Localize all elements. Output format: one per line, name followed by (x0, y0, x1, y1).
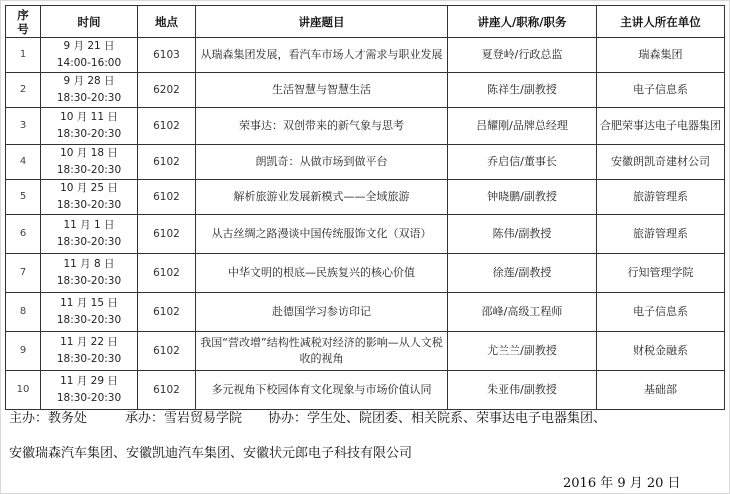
cell-time-range: 18:30-20:30 (43, 162, 135, 179)
cell-seq: 1 (6, 38, 41, 73)
cell-seq: 7 (6, 254, 41, 293)
cell-unit: 旅游管理系 (597, 215, 725, 254)
cell-date: 9 月 21 日 (43, 38, 135, 55)
table-row: 310 月 11 日18:30-20:306102荣事达：双创带来的新气象与思考… (6, 108, 725, 145)
cell-speaker: 吕耀刚/品牌总经理 (448, 108, 597, 145)
cell-time: 11 月 15 日18:30-20:30 (41, 293, 138, 332)
cell-time: 9 月 28 日18:30-20:30 (41, 73, 138, 108)
table-row: 1011 月 29 日18:30-20:306102多元视角下校园体育文化现象与… (6, 371, 725, 410)
cell-topic: 多元视角下校园体育文化现象与市场价值认同 (196, 371, 448, 410)
cell-speaker: 尤兰兰/副教授 (448, 332, 597, 371)
table-row: 19 月 21 日14:00-16:006103从瑞森集团发展，看汽车市场人才需… (6, 38, 725, 73)
cell-seq: 8 (6, 293, 41, 332)
cell-time: 11 月 22 日18:30-20:30 (41, 332, 138, 371)
cell-unit: 基础部 (597, 371, 725, 410)
cell-speaker: 朱亚伟/副教授 (448, 371, 597, 410)
cell-room: 6102 (138, 180, 196, 215)
cell-time-range: 14:00-16:00 (43, 55, 135, 72)
table-row: 510 月 25 日18:30-20:306102解析旅游业发展新模式——全域旅… (6, 180, 725, 215)
cell-topic: 我国“营改增”结构性减税对经济的影响—从人文税收的视角 (196, 332, 448, 371)
cell-unit: 旅游管理系 (597, 180, 725, 215)
cell-topic: 从瑞森集团发展，看汽车市场人才需求与职业发展 (196, 38, 448, 73)
cell-unit: 行知管理学院 (597, 254, 725, 293)
cell-date: 10 月 25 日 (43, 180, 135, 197)
cell-topic: 生活智慧与智慧生活 (196, 73, 448, 108)
cell-room: 6102 (138, 332, 196, 371)
cell-unit: 电子信息系 (597, 73, 725, 108)
cell-seq: 5 (6, 180, 41, 215)
table-header-row: 序号 时间 地点 讲座题目 讲座人/职称/职务 主讲人所在单位 (6, 6, 725, 38)
cell-topic: 赴德国学习参访印记 (196, 293, 448, 332)
cell-seq: 9 (6, 332, 41, 371)
cell-seq: 3 (6, 108, 41, 145)
cell-time: 10 月 18 日18:30-20:30 (41, 145, 138, 180)
table-row: 811 月 15 日18:30-20:306102赴德国学习参访印记邵峰/高级工… (6, 293, 725, 332)
cell-room: 6103 (138, 38, 196, 73)
cell-time-range: 18:30-20:30 (43, 273, 135, 290)
cell-topic: 从古丝绸之路漫谈中国传统服饰文化（双语） (196, 215, 448, 254)
cell-speaker: 邵峰/高级工程师 (448, 293, 597, 332)
header-location: 地点 (138, 6, 196, 38)
table-row: 29 月 28 日18:30-20:306202生活智慧与智慧生活陈祥生/副教授… (6, 73, 725, 108)
cell-time-range: 18:30-20:30 (43, 351, 135, 368)
cell-seq: 2 (6, 73, 41, 108)
cell-time-range: 18:30-20:30 (43, 126, 135, 143)
header-time: 时间 (41, 6, 138, 38)
host: 承办：雪岩贸易学院 (125, 411, 242, 426)
co-organizers-line2: 安徽瑞森汽车集团、安徽凯迪汽车集团、安徽状元郎电子科技有限公司 (9, 442, 412, 461)
cell-date: 11 月 1 日 (43, 217, 135, 234)
cell-time: 10 月 11 日18:30-20:30 (41, 108, 138, 145)
cell-time-range: 18:30-20:30 (43, 234, 135, 251)
header-seq-label: 序号 (16, 8, 30, 36)
cell-unit: 财税金融系 (597, 332, 725, 371)
cell-date: 11 月 8 日 (43, 256, 135, 273)
cell-room: 6102 (138, 293, 196, 332)
cell-speaker: 陈伟/副教授 (448, 215, 597, 254)
header-unit: 主讲人所在单位 (597, 6, 725, 38)
table-row: 611 月 1 日18:30-20:306102从古丝绸之路漫谈中国传统服饰文化… (6, 215, 725, 254)
cell-time: 11 月 29 日18:30-20:30 (41, 371, 138, 410)
table-row: 711 月 8 日18:30-20:306102中华文明的根底—民族复兴的核心价… (6, 254, 725, 293)
cell-topic: 荣事达：双创带来的新气象与思考 (196, 108, 448, 145)
cell-room: 6102 (138, 371, 196, 410)
cell-room: 6202 (138, 73, 196, 108)
cell-seq: 4 (6, 145, 41, 180)
cell-time-range: 18:30-20:30 (43, 390, 135, 407)
cell-room: 6102 (138, 145, 196, 180)
cell-unit: 安徽朗凯奇建材公司 (597, 145, 725, 180)
cell-speaker: 钟晓鹏/副教授 (448, 180, 597, 215)
cell-room: 6102 (138, 254, 196, 293)
cell-unit: 合肥荣事达电子电器集团 (597, 108, 725, 145)
cell-time: 9 月 21 日14:00-16:00 (41, 38, 138, 73)
cell-topic: 朗凯奇：从做市场到做平台 (196, 145, 448, 180)
cell-time-range: 18:30-20:30 (43, 90, 135, 107)
cell-date: 11 月 22 日 (43, 334, 135, 351)
header-topic: 讲座题目 (196, 6, 448, 38)
cell-date: 10 月 18 日 (43, 145, 135, 162)
table-row: 911 月 22 日18:30-20:306102我国“营改增”结构性减税对经济… (6, 332, 725, 371)
cell-room: 6102 (138, 108, 196, 145)
cell-seq: 10 (6, 371, 41, 410)
cell-time-range: 18:30-20:30 (43, 312, 135, 329)
cell-unit: 电子信息系 (597, 293, 725, 332)
header-speaker: 讲座人/职称/职务 (448, 6, 597, 38)
table-row: 410 月 18 日18:30-20:306102朗凯奇：从做市场到做平台乔启信… (6, 145, 725, 180)
cell-speaker: 徐莲/副教授 (448, 254, 597, 293)
cell-time: 11 月 8 日18:30-20:30 (41, 254, 138, 293)
cell-time: 11 月 1 日18:30-20:30 (41, 215, 138, 254)
cell-room: 6102 (138, 215, 196, 254)
cell-unit: 瑞森集团 (597, 38, 725, 73)
co-organizers-line1: 协办：学生处、院团委、相关院系、荣事达电子电器集团、 (268, 411, 606, 426)
cell-speaker: 夏登岭/行政总监 (448, 38, 597, 73)
cell-seq: 6 (6, 215, 41, 254)
cell-topic: 解析旅游业发展新模式——全域旅游 (196, 180, 448, 215)
cell-speaker: 陈祥生/副教授 (448, 73, 597, 108)
cell-date: 11 月 15 日 (43, 295, 135, 312)
cell-speaker: 乔启信/董事长 (448, 145, 597, 180)
issue-date: 2016 年 9 月 20 日 (563, 472, 681, 491)
cell-date: 11 月 29 日 (43, 373, 135, 390)
cell-date: 10 月 11 日 (43, 109, 135, 126)
header-seq: 序号 (6, 6, 41, 38)
footer-organizers-line1: 主办：教务处承办：雪岩贸易学院协办：学生处、院团委、相关院系、荣事达电子电器集团… (9, 407, 606, 426)
cell-topic: 中华文明的根底—民族复兴的核心价值 (196, 254, 448, 293)
cell-time-range: 18:30-20:30 (43, 197, 135, 214)
lecture-schedule-table: 序号 时间 地点 讲座题目 讲座人/职称/职务 主讲人所在单位 19 月 21 … (5, 5, 725, 410)
cell-date: 9 月 28 日 (43, 73, 135, 90)
cell-time: 10 月 25 日18:30-20:30 (41, 180, 138, 215)
organizer: 主办：教务处 (9, 411, 87, 426)
